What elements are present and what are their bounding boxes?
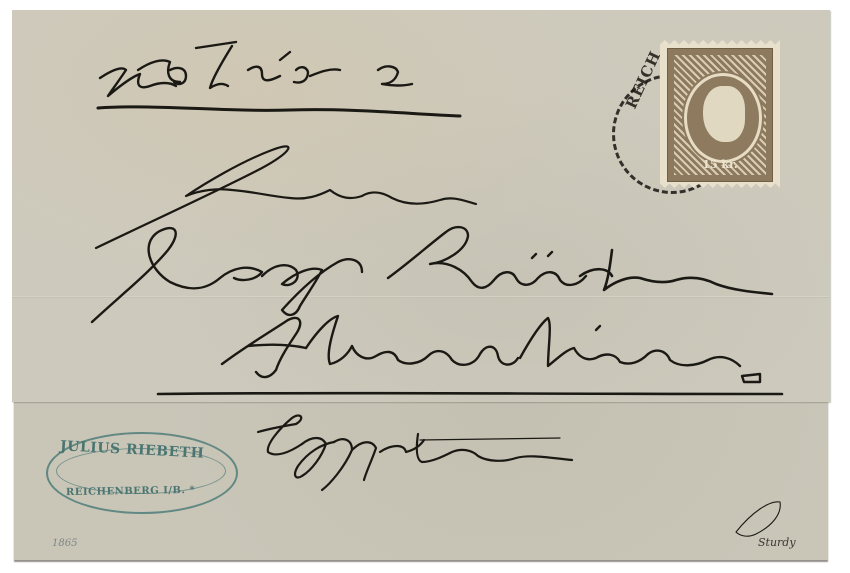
portrait-head-icon	[703, 86, 745, 142]
country-handwriting	[258, 416, 572, 490]
stamp-frame: 15 kr.	[667, 48, 773, 182]
pencil-year-note: 1865	[52, 538, 77, 549]
pencil-signature: Sturdy	[758, 536, 796, 549]
routing-note-handwriting	[98, 42, 460, 116]
city-handwriting	[222, 316, 760, 382]
salutation-handwriting	[96, 146, 476, 248]
postage-stamp: 15 kr.	[660, 40, 780, 188]
stamp-ornament: 15 kr.	[674, 55, 766, 175]
sender-oval-handstamp: JULIUS RIEBETH REICHENBERG I/B. *	[46, 432, 238, 514]
name-handwriting	[92, 227, 772, 322]
sender-town: REICHENBERG I/B. *	[66, 485, 195, 498]
pencil-flourish	[736, 502, 780, 536]
address-underline	[158, 393, 782, 394]
stamp-denomination: 15 kr.	[674, 158, 766, 171]
stamp-portrait-medallion	[684, 73, 762, 163]
